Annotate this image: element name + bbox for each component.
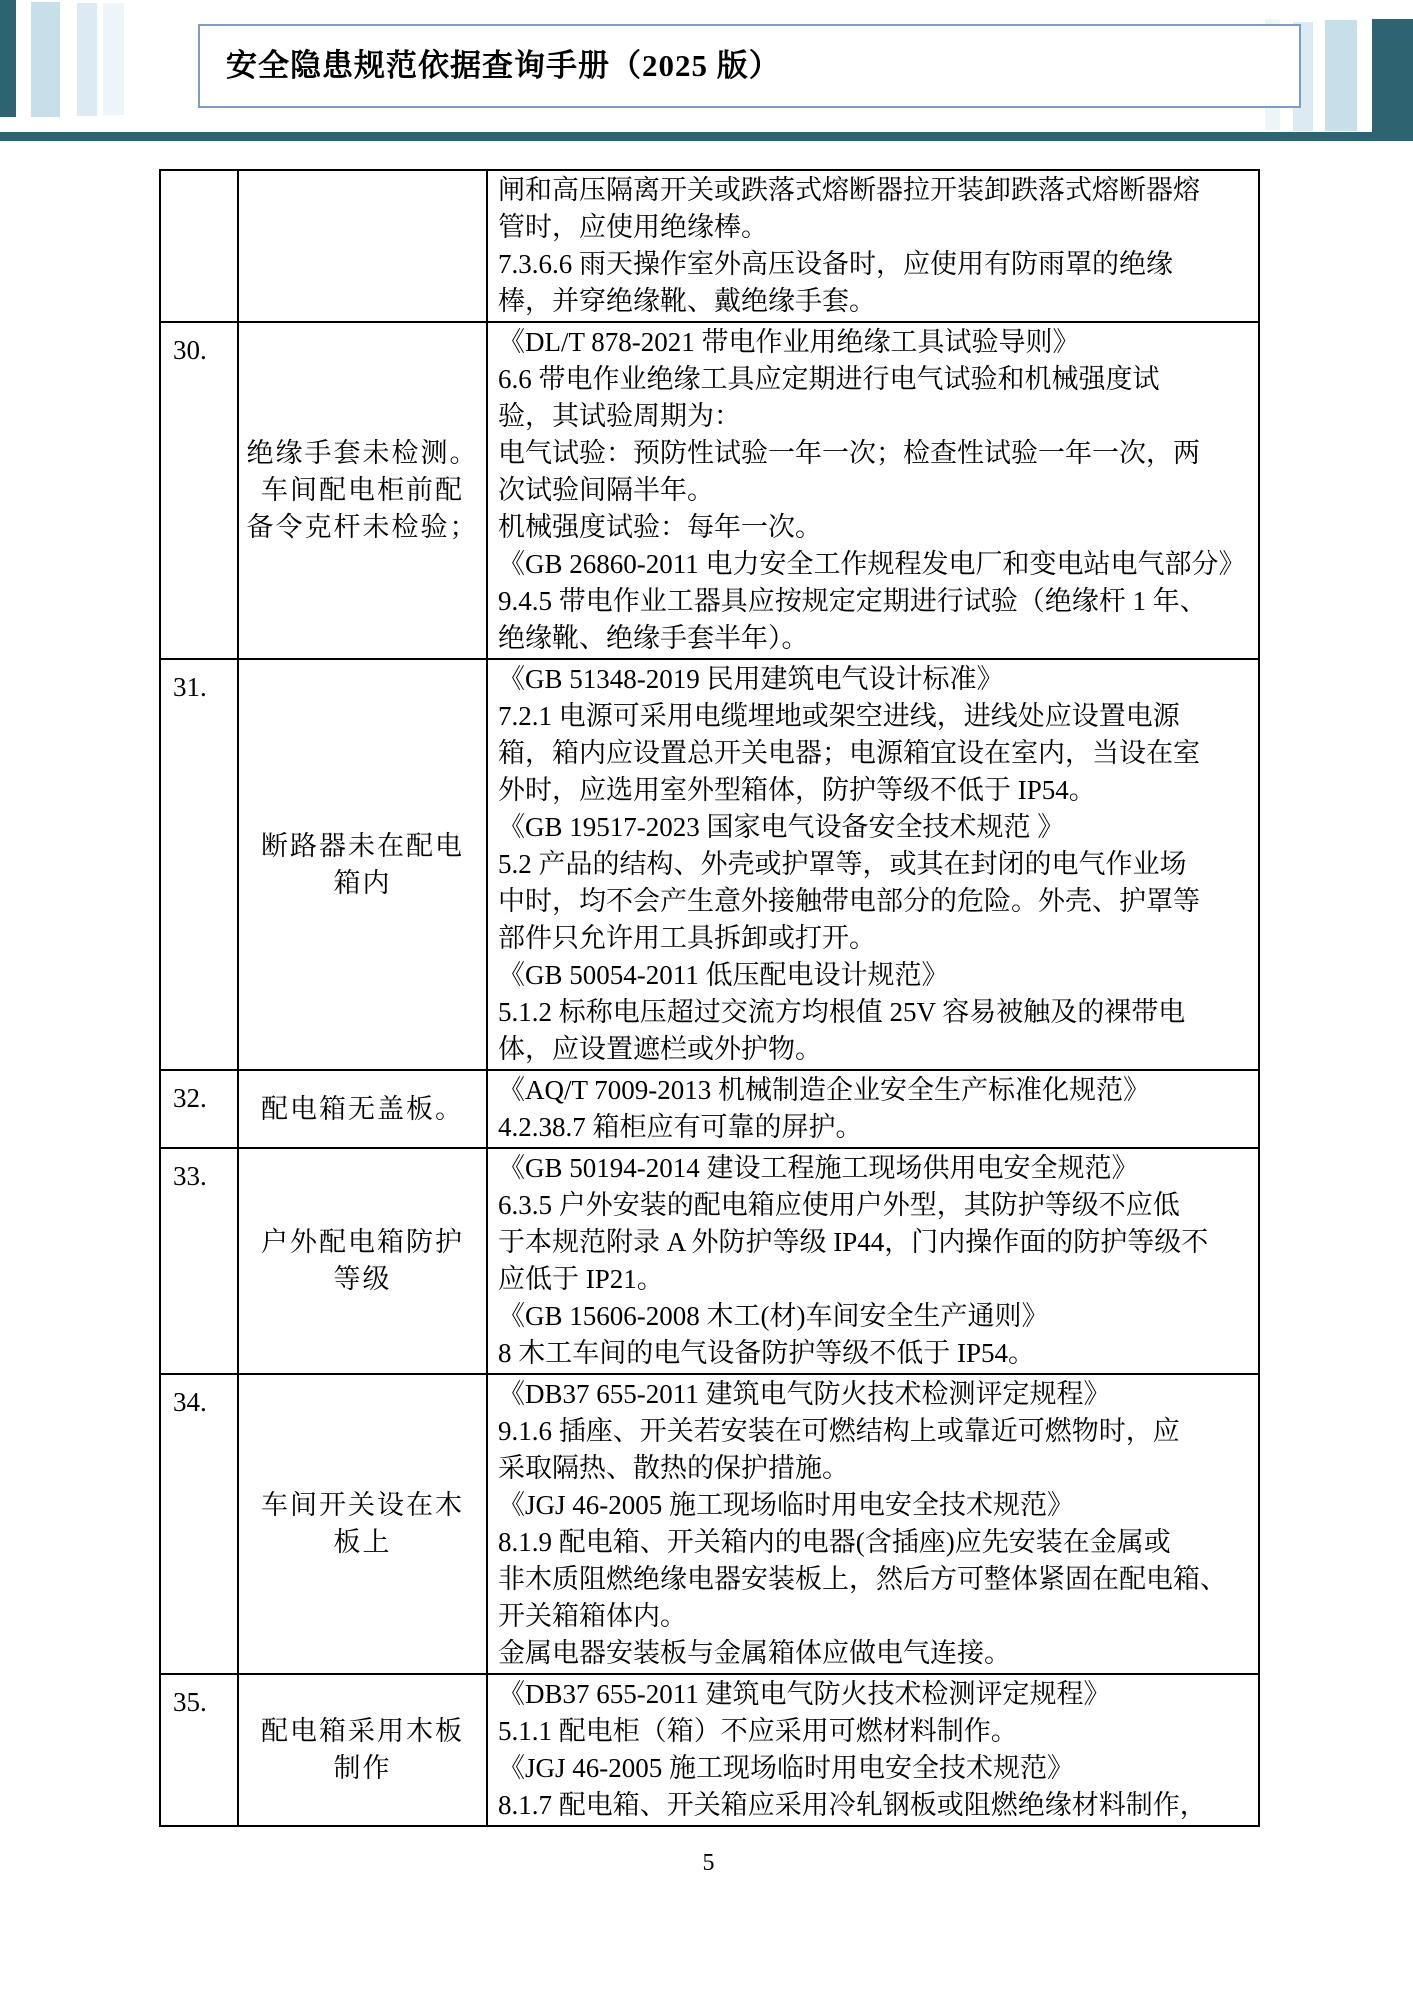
- regulation-line: 应低于 IP21。: [498, 1261, 1250, 1298]
- regulation-line: 次试验间隔半年。: [498, 472, 1250, 509]
- hazard-line: 配电箱无盖板。: [239, 1091, 486, 1128]
- hazard-line: 备令克杆未检验；: [239, 509, 486, 546]
- table-row: 35.配电箱采用木板制作《DB37 655-2011 建筑电气防火技术检测评定规…: [160, 1674, 1259, 1826]
- regulation-line: 《GB 15606-2008 木工(材)车间安全生产通则》: [498, 1298, 1250, 1335]
- regulation-line: 6.6 带电作业绝缘工具应定期进行电气试验和机械强度试: [498, 361, 1250, 398]
- row-number-cell: 32.: [160, 1070, 238, 1148]
- table-row: 32.配电箱无盖板。《AQ/T 7009-2013 机械制造企业安全生产标准化规…: [160, 1070, 1259, 1148]
- regulation-line: 电气试验：预防性试验一年一次；检查性试验一年一次，两: [498, 435, 1250, 472]
- regulation-line: 于本规范附录 A 外防护等级 IP44，门内操作面的防护等级不: [498, 1224, 1250, 1261]
- regulation-cell: 闸和高压隔离开关或跌落式熔断器拉开装卸跌落式熔断器熔管时，应使用绝缘棒。7.3.…: [487, 170, 1259, 322]
- table-row: 闸和高压隔离开关或跌落式熔断器拉开装卸跌落式熔断器熔管时，应使用绝缘棒。7.3.…: [160, 170, 1259, 322]
- regulation-line: 机械强度试验：每年一次。: [498, 509, 1250, 546]
- regulation-line: 8 木工车间的电气设备防护等级不低于 IP54。: [498, 1335, 1250, 1372]
- row-number-cell: 31.: [160, 659, 238, 1070]
- hazard-cell: [238, 170, 487, 322]
- hazard-cell: 配电箱采用木板制作: [238, 1674, 487, 1826]
- table-row: 30.绝缘手套未检测。车间配电柜前配备令克杆未检验；《DL/T 878-2021…: [160, 322, 1259, 659]
- regulation-line: 开关箱箱体内。: [498, 1598, 1250, 1635]
- regulation-line: 《JGJ 46-2005 施工现场临时用电安全技术规范》: [498, 1487, 1250, 1524]
- hazard-cell: 车间开关设在木板上: [238, 1374, 487, 1674]
- regulation-line: 7.3.6.6 雨天操作室外高压设备时，应使用有防雨罩的绝缘: [498, 246, 1250, 283]
- regulation-line: 闸和高压隔离开关或跌落式熔断器拉开装卸跌落式熔断器熔: [498, 172, 1250, 209]
- regulation-cell: 《GB 51348-2019 民用建筑电气设计标准》7.2.1 电源可采用电缆埋…: [487, 659, 1259, 1070]
- row-number-cell: 33.: [160, 1148, 238, 1374]
- decor-bar-left-dark: [0, 0, 16, 117]
- regulation-line: 《AQ/T 7009-2013 机械制造企业安全生产标准化规范》: [498, 1072, 1250, 1109]
- page-number: 5: [159, 1850, 1258, 1877]
- regulation-line: 5.1.2 标称电压超过交流方均根值 25V 容易被触及的裸带电: [498, 994, 1250, 1031]
- regulation-line: 8.1.9 配电箱、开关箱内的电器(含插座)应先安装在金属或: [498, 1524, 1250, 1561]
- title-box: 安全隐患规范依据查询手册（2025 版）: [198, 24, 1301, 108]
- regulation-line: 《DB37 655-2011 建筑电气防火技术检测评定规程》: [498, 1376, 1250, 1413]
- row-number-cell: 30.: [160, 322, 238, 659]
- regulation-line: 9.1.6 插座、开关若安装在可燃结构上或靠近可燃物时，应: [498, 1413, 1250, 1450]
- regulation-line: 棒，并穿绝缘靴、戴绝缘手套。: [498, 283, 1250, 320]
- hazard-line: 断路器未在配电: [239, 828, 486, 865]
- regulation-line: 《DL/T 878-2021 带电作业用绝缘工具试验导则》: [498, 324, 1250, 361]
- regulation-line: 5.2 产品的结构、外壳或护罩等，或其在封闭的电气作业场: [498, 846, 1250, 883]
- decor-bar-right-light: [1325, 20, 1357, 131]
- regulation-table: 闸和高压隔离开关或跌落式熔断器拉开装卸跌落式熔断器熔管时，应使用绝缘棒。7.3.…: [159, 169, 1260, 1827]
- hazard-cell: 配电箱无盖板。: [238, 1070, 487, 1148]
- hazard-line: 等级: [239, 1261, 486, 1298]
- regulation-line: 《DB37 655-2011 建筑电气防火技术检测评定规程》: [498, 1676, 1250, 1713]
- regulation-cell: 《GB 50194-2014 建设工程施工现场供用电安全规范》6.3.5 户外安…: [487, 1148, 1259, 1374]
- hazard-line: 户外配电箱防护: [239, 1224, 486, 1261]
- regulation-line: 《GB 26860-2011 电力安全工作规程发电厂和变电站电气部分》: [498, 546, 1250, 583]
- hazard-line: 箱内: [239, 865, 486, 902]
- table-row: 34.车间开关设在木板上《DB37 655-2011 建筑电气防火技术检测评定规…: [160, 1374, 1259, 1674]
- regulation-cell: 《DB37 655-2011 建筑电气防火技术检测评定规程》5.1.1 配电柜（…: [487, 1674, 1259, 1826]
- row-number-cell: [160, 170, 238, 322]
- regulation-line: 6.3.5 户外安装的配电箱应使用户外型，其防护等级不应低: [498, 1187, 1250, 1224]
- document-page: 安全隐患规范依据查询手册（2025 版） 闸和高压隔离开关或跌落式熔断器拉开装卸…: [0, 0, 1413, 2000]
- table-body: 闸和高压隔离开关或跌落式熔断器拉开装卸跌落式熔断器熔管时，应使用绝缘棒。7.3.…: [160, 170, 1259, 1826]
- hazard-line: 配电箱采用木板: [239, 1713, 486, 1750]
- table-row: 31.断路器未在配电箱内《GB 51348-2019 民用建筑电气设计标准》7.…: [160, 659, 1259, 1070]
- regulation-line: 《GB 51348-2019 民用建筑电气设计标准》: [498, 661, 1250, 698]
- regulation-line: 采取隔热、散热的保护措施。: [498, 1450, 1250, 1487]
- regulation-line: 管时，应使用绝缘棒。: [498, 209, 1250, 246]
- row-number-cell: 34.: [160, 1374, 238, 1674]
- decor-bar-left-paler: [77, 3, 97, 116]
- regulation-line: 《GB 50194-2014 建设工程施工现场供用电安全规范》: [498, 1150, 1250, 1187]
- decor-bar-right-dark: [1372, 19, 1413, 140]
- regulation-line: 《GB 19517-2023 国家电气设备安全技术规范 》: [498, 809, 1250, 846]
- hazard-line: 车间配电柜前配: [239, 472, 486, 509]
- regulation-line: 中时，均不会产生意外接触带电部分的危险。外壳、护罩等: [498, 883, 1250, 920]
- table-row: 33.户外配电箱防护等级《GB 50194-2014 建设工程施工现场供用电安全…: [160, 1148, 1259, 1374]
- regulation-line: 7.2.1 电源可采用电缆埋地或架空进线，进线处应设置电源: [498, 698, 1250, 735]
- regulation-cell: 《AQ/T 7009-2013 机械制造企业安全生产标准化规范》4.2.38.7…: [487, 1070, 1259, 1148]
- regulation-line: 外时，应选用室外型箱体，防护等级不低于 IP54。: [498, 772, 1250, 809]
- hazard-line: 绝缘手套未检测。: [239, 435, 486, 472]
- regulation-line: 体，应设置遮栏或外护物。: [498, 1031, 1250, 1068]
- hazard-cell: 绝缘手套未检测。车间配电柜前配备令克杆未检验；: [238, 322, 487, 659]
- hazard-line: 车间开关设在木: [239, 1487, 486, 1524]
- regulation-line: 非木质阻燃绝缘电器安装板上，然后方可整体紧固在配电箱、: [498, 1561, 1250, 1598]
- regulation-line: 验，其试验周期为：: [498, 398, 1250, 435]
- hazard-line: 板上: [239, 1524, 486, 1561]
- regulation-cell: 《DB37 655-2011 建筑电气防火技术检测评定规程》9.1.6 插座、开…: [487, 1374, 1259, 1674]
- row-number-cell: 35.: [160, 1674, 238, 1826]
- page-title: 安全隐患规范依据查询手册（2025 版）: [226, 40, 1299, 85]
- decor-bar-left-faint: [103, 3, 124, 115]
- header-divider-bar: [0, 132, 1413, 141]
- regulation-line: 《GB 50054-2011 低压配电设计规范》: [498, 957, 1250, 994]
- regulation-line: 箱，箱内应设置总开关电器；电源箱宜设在室内，当设在室: [498, 735, 1250, 772]
- regulation-line: 5.1.1 配电柜（箱）不应采用可燃材料制作。: [498, 1713, 1250, 1750]
- regulation-line: 金属电器安装板与金属箱体应做电气连接。: [498, 1635, 1250, 1672]
- regulation-line: 9.4.5 带电作业工器具应按规定定期进行试验（绝缘杆 1 年、: [498, 583, 1250, 620]
- regulation-line: 绝缘靴、绝缘手套半年）。: [498, 620, 1250, 657]
- regulation-cell: 《DL/T 878-2021 带电作业用绝缘工具试验导则》6.6 带电作业绝缘工…: [487, 322, 1259, 659]
- regulation-line: 8.1.7 配电箱、开关箱应采用冷轧钢板或阻燃绝缘材料制作，: [498, 1787, 1250, 1824]
- hazard-line: 制作: [239, 1750, 486, 1787]
- hazard-cell: 户外配电箱防护等级: [238, 1148, 487, 1374]
- regulation-line: 《JGJ 46-2005 施工现场临时用电安全技术规范》: [498, 1750, 1250, 1787]
- regulation-line: 4.2.38.7 箱柜应有可靠的屏护。: [498, 1109, 1250, 1146]
- decor-bar-left-light: [31, 2, 60, 117]
- regulation-line: 部件只允许用工具拆卸或打开。: [498, 920, 1250, 957]
- hazard-cell: 断路器未在配电箱内: [238, 659, 487, 1070]
